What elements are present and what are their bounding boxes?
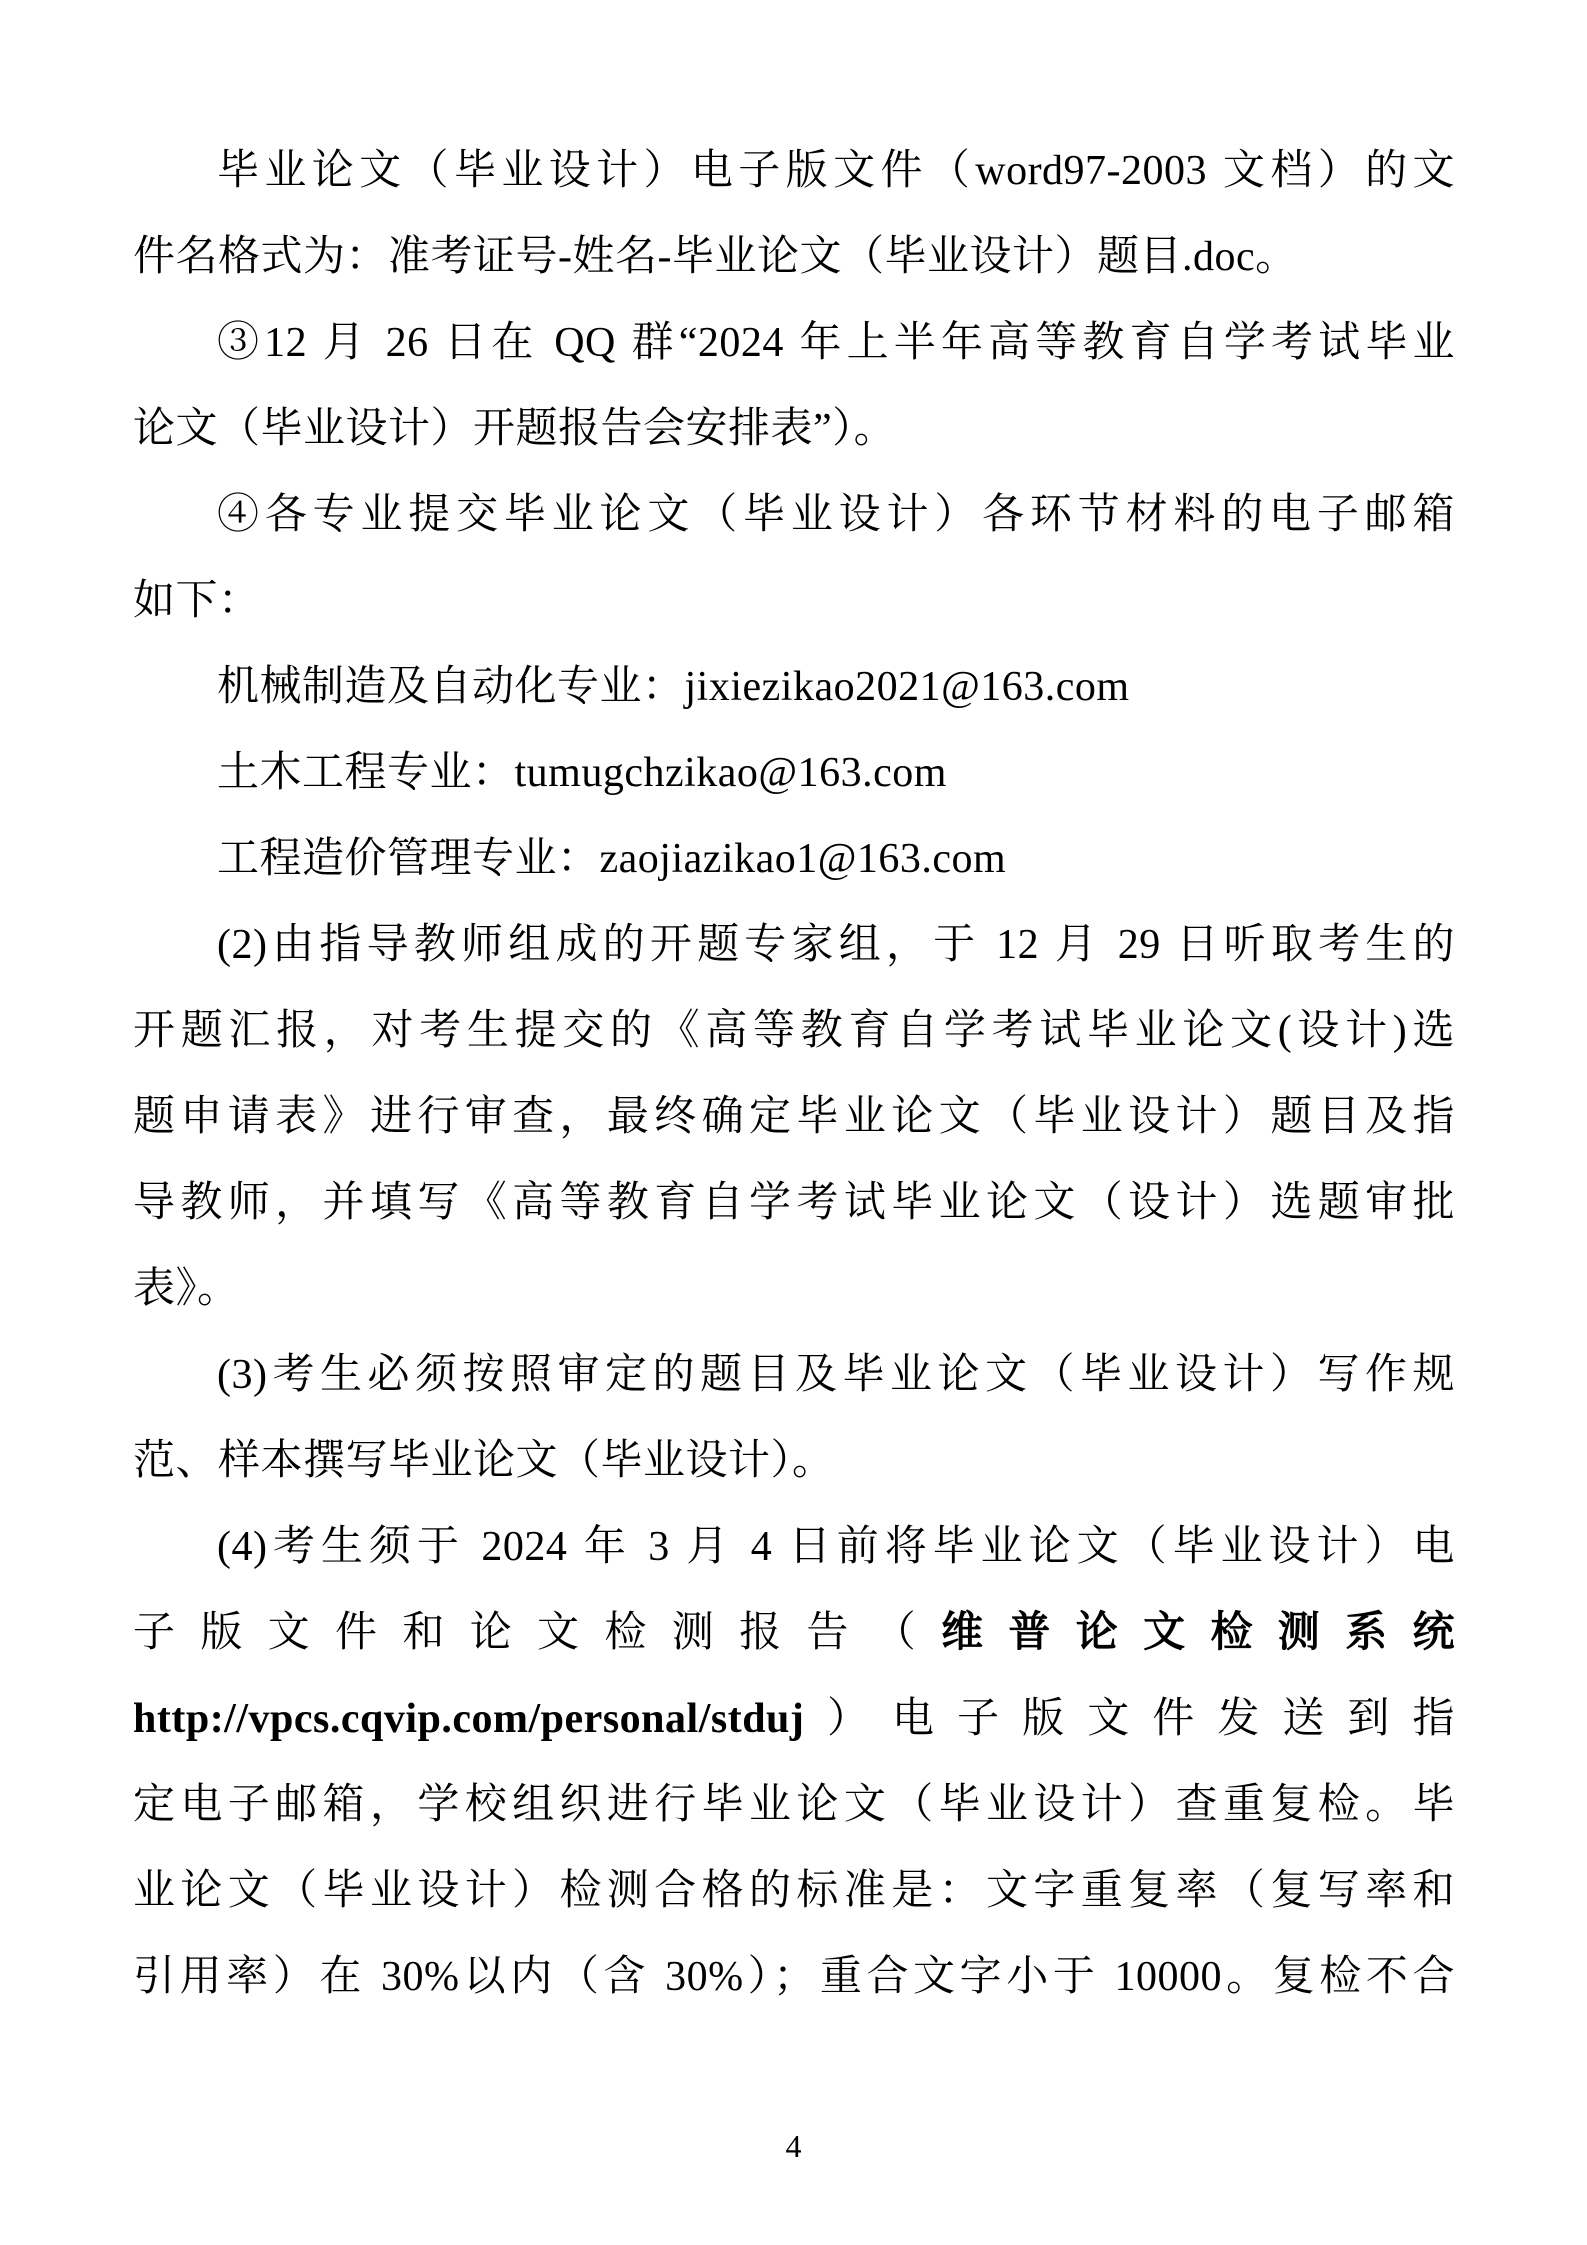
text-segment: 题申请表》进行审查，最终确定毕业论文（毕业设计）题目及指 bbox=[133, 1094, 1455, 1140]
text-line: http://vpcs.cqvip.com/personal/stduj）电子版… bbox=[133, 1676, 1455, 1762]
bold-text-segment: http://vpcs.cqvip.com/personal/stduj bbox=[133, 1696, 804, 1742]
text-line: 土木工程专业：tumugchzikao@163.com bbox=[133, 730, 1455, 816]
text-line: 工程造价管理专业：zaojiazikao1@163.com bbox=[133, 816, 1455, 902]
text-line: 导教师，并填写《高等教育自学考试毕业论文（设计）选题审批 bbox=[133, 1160, 1455, 1246]
text-line: 机械制造及自动化专业：jixiezikao2021@163.com bbox=[133, 644, 1455, 730]
text-segment: 件名格式为：准考证号-姓名-毕业论文（毕业设计）题目.doc。 bbox=[133, 234, 1298, 280]
text-segment: 导教师，并填写《高等教育自学考试毕业论文（设计）选题审批 bbox=[133, 1180, 1455, 1226]
text-segment: (3)考生必须按照审定的题目及毕业论文（毕业设计）写作规 bbox=[217, 1352, 1455, 1398]
text-segment: (2)由指导教师组成的开题专家组，于 12 月 29 日听取考生的 bbox=[217, 922, 1455, 968]
text-line: 引用率）在 30%以内（含 30%）；重合文字小于 10000。复检不合 bbox=[133, 1934, 1455, 2020]
bold-text-segment: 维普论文检测系统 bbox=[941, 1610, 1455, 1656]
text-line: 表》。 bbox=[133, 1246, 1455, 1332]
text-segment: 引用率）在 30%以内（含 30%）；重合文字小于 10000。复检不合 bbox=[133, 1954, 1455, 2000]
text-line: 子版文件和论文检测报告（维普论文检测系统 bbox=[133, 1590, 1455, 1676]
text-line: ③12 月 26 日在 QQ 群“2024 年上半年高等教育自学考试毕业 bbox=[133, 300, 1455, 386]
text-segment: ）电子版文件发送到指 bbox=[804, 1696, 1455, 1742]
text-line: 定电子邮箱，学校组织进行毕业论文（毕业设计）查重复检。毕 bbox=[133, 1762, 1455, 1848]
document-body: 毕业论文（毕业设计）电子版文件（word97-2003 文档）的文件名格式为：准… bbox=[133, 128, 1455, 2020]
text-line: 题申请表》进行审查，最终确定毕业论文（毕业设计）题目及指 bbox=[133, 1074, 1455, 1160]
text-segment: 如下： bbox=[133, 578, 261, 624]
text-segment: 机械制造及自动化专业：jixiezikao2021@163.com bbox=[217, 664, 1130, 710]
text-segment: (4)考生须于 2024 年 3 月 4 日前将毕业论文（毕业设计）电 bbox=[217, 1524, 1455, 1570]
text-line: (3)考生必须按照审定的题目及毕业论文（毕业设计）写作规 bbox=[133, 1332, 1455, 1418]
text-line: 毕业论文（毕业设计）电子版文件（word97-2003 文档）的文 bbox=[133, 128, 1455, 214]
text-line: (2)由指导教师组成的开题专家组，于 12 月 29 日听取考生的 bbox=[133, 902, 1455, 988]
text-line: 业论文（毕业设计）检测合格的标准是：文字重复率（复写率和 bbox=[133, 1848, 1455, 1934]
text-segment: 土木工程专业：tumugchzikao@163.com bbox=[217, 750, 947, 796]
text-line: 论文（毕业设计）开题报告会安排表”）。 bbox=[133, 386, 1455, 472]
text-segment: 表》。 bbox=[133, 1266, 240, 1312]
text-segment: ③12 月 26 日在 QQ 群“2024 年上半年高等教育自学考试毕业 bbox=[217, 320, 1455, 366]
text-line: 件名格式为：准考证号-姓名-毕业论文（毕业设计）题目.doc。 bbox=[133, 214, 1455, 300]
text-segment: 工程造价管理专业：zaojiazikao1@163.com bbox=[217, 836, 1006, 882]
text-line: (4)考生须于 2024 年 3 月 4 日前将毕业论文（毕业设计）电 bbox=[133, 1504, 1455, 1590]
text-segment: ④各专业提交毕业论文（毕业设计）各环节材料的电子邮箱 bbox=[217, 492, 1455, 538]
text-line: ④各专业提交毕业论文（毕业设计）各环节材料的电子邮箱 bbox=[133, 472, 1455, 558]
text-segment: 范、样本撰写毕业论文（毕业设计）。 bbox=[133, 1438, 835, 1484]
text-segment: 毕业论文（毕业设计）电子版文件（word97-2003 文档）的文 bbox=[217, 148, 1455, 194]
page-number: 4 bbox=[786, 2128, 802, 2164]
page-footer: 4 bbox=[0, 2128, 1587, 2165]
document-page: 毕业论文（毕业设计）电子版文件（word97-2003 文档）的文件名格式为：准… bbox=[0, 0, 1587, 2245]
text-segment: 业论文（毕业设计）检测合格的标准是：文字重复率（复写率和 bbox=[133, 1868, 1455, 1914]
text-segment: 开题汇报，对考生提交的《高等教育自学考试毕业论文(设计)选 bbox=[133, 1008, 1455, 1054]
text-line: 开题汇报，对考生提交的《高等教育自学考试毕业论文(设计)选 bbox=[133, 988, 1455, 1074]
text-segment: 论文（毕业设计）开题报告会安排表”）。 bbox=[133, 406, 896, 452]
text-segment: 子版文件和论文检测报告（ bbox=[133, 1610, 941, 1656]
text-line: 如下： bbox=[133, 558, 1455, 644]
text-segment: 定电子邮箱，学校组织进行毕业论文（毕业设计）查重复检。毕 bbox=[133, 1782, 1455, 1828]
text-line: 范、样本撰写毕业论文（毕业设计）。 bbox=[133, 1418, 1455, 1504]
